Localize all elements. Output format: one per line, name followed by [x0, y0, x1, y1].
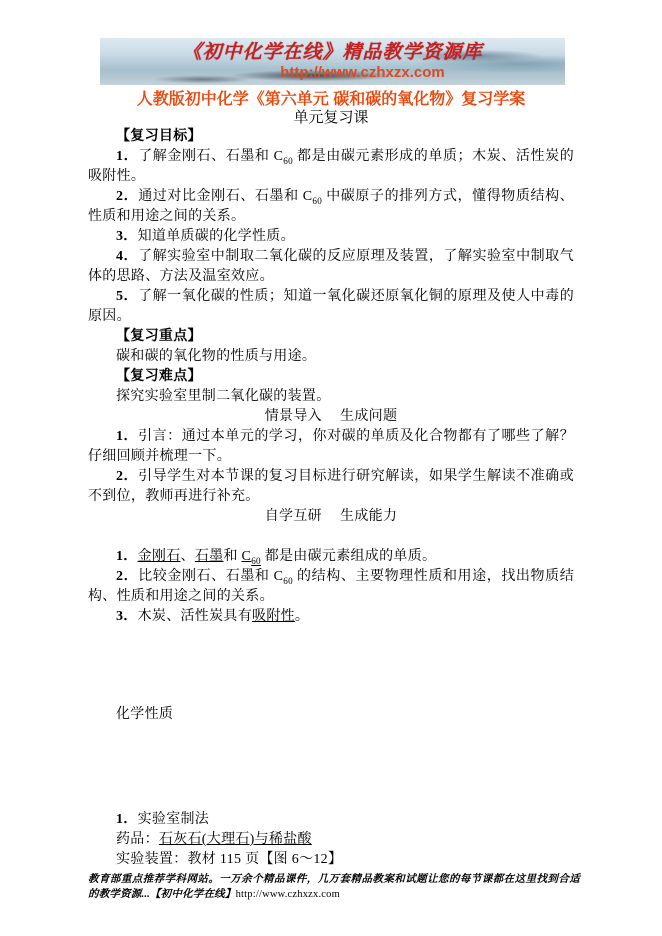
section-heading-intro: 情景导入 生成问题	[88, 407, 574, 427]
text-run: 化学性质	[116, 707, 173, 722]
goal-item-3: 3．知道单质碳的化学性质。	[88, 227, 574, 247]
doc-title: 人教版初中化学《第六单元 碳和碳的氧化物》复习学案	[0, 90, 662, 109]
banner-site-url[interactable]: http://www.czhxzx.com	[160, 64, 565, 82]
text-run: 5．	[116, 289, 138, 304]
text-run: 和	[223, 549, 241, 564]
intro-item-1: 1．引言：通过本单元的学习，你对碳的单质及化合物都有了哪些了解？仔细回顾并梳理一…	[88, 427, 574, 467]
text-run: 实验装置：教材 115 页【图 6～12】	[116, 852, 342, 867]
footer: 教育部重点推荐学科网站。一万余个精品课件，几万套精品教案和试题让您的每节课都在这…	[88, 872, 580, 902]
text-run: 通过对比金刚石、石墨和 C	[138, 189, 312, 204]
text-run: 【复习目标】	[116, 129, 202, 144]
doc-subtitle: 单元复习课	[0, 109, 662, 127]
text-run: 知道单质碳的化学性质。	[138, 229, 295, 244]
text-run: 自学互研 生成能力	[265, 509, 398, 524]
text-run: 药品：	[116, 832, 159, 847]
text-run: 3．	[116, 609, 138, 624]
text-run: 了解金刚石、石墨和 C	[138, 149, 283, 164]
text-run: 60	[312, 196, 322, 206]
goal-item-5: 5．了解一氧化碳的性质；知道一氧化碳还原氧化铜的原理及使人中毒的原因。	[88, 287, 574, 327]
text-run: 4．	[116, 249, 138, 264]
lab-apparatus-line: 实验装置：教材 115 页【图 6～12】	[88, 850, 574, 870]
goal-item-4: 4．了解实验室中制取二氧化碳的反应原理及装置，了解实验室中制取气体的思路、方法及…	[88, 247, 574, 287]
text-run: 石墨	[195, 549, 224, 564]
text-run: 1．	[116, 549, 138, 564]
lab-reagents-line: 药品：石灰石(大理石)与稀盐酸	[88, 830, 574, 850]
text-run: 引言：通过本单元的学习，你对碳的单质及化合物都有了哪些了解？仔细回顾并梳理一下。	[88, 429, 574, 464]
text-run: 吸附性	[252, 609, 295, 624]
image-placeholder-gap	[88, 627, 574, 705]
text-run: 木炭、活性炭具有	[138, 609, 252, 624]
text-run: C	[242, 549, 252, 564]
goal-item-1: 1．了解金刚石、石墨和 C60 都是由碳元素形成的单质；木炭、活性炭的吸附性。	[88, 147, 574, 187]
chemical-properties-label: 化学性质	[88, 705, 574, 725]
text-run: 了解实验室中制取二氧化碳的反应原理及装置，了解实验室中制取气体的思路、方法及温室…	[88, 249, 574, 284]
text-run: 都是由碳元素组成的单质。	[261, 549, 436, 564]
text-run: 2．	[116, 569, 138, 584]
text-run: 了解一氧化碳的性质；知道一氧化碳还原氧化铜的原理及使人中毒的原因。	[88, 289, 574, 324]
review-goals-heading: 【复习目标】	[88, 127, 574, 147]
banner-site-title: 《初中化学在线》精品教学资源库	[100, 43, 565, 63]
text-run: 【复习重点】	[116, 329, 202, 344]
image-placeholder-gap	[88, 725, 574, 810]
text-run: 实验室制法	[138, 812, 210, 827]
document-body: 【复习目标】1．了解金刚石、石墨和 C60 都是由碳元素形成的单质；木炭、活性炭…	[88, 127, 574, 870]
text-run: 60	[251, 556, 261, 566]
blank-line	[88, 527, 574, 547]
selfstudy-item-3: 3．木炭、活性炭具有吸附性。	[88, 607, 574, 627]
section-heading-selfstudy: 自学互研 生成能力	[88, 507, 574, 527]
text-run: 1．	[116, 429, 138, 444]
text-run: 引导学生对本节课的复习目标进行研究解读，如果学生解读不准确或不到位，教师再进行补…	[88, 469, 574, 504]
text-run: 碳和碳的氧化物的性质与用途。	[116, 349, 316, 364]
review-key-text: 碳和碳的氧化物的性质与用途。	[88, 347, 574, 367]
goal-item-2: 2．通过对比金刚石、石墨和 C60 中碳原子的排列方式，懂得物质结构、性质和用途…	[88, 187, 574, 227]
text-run: 探究实验室里制二氧化碳的装置。	[116, 389, 331, 404]
selfstudy-item-2: 2．比较金刚石、石墨和 C60 的结构、主要物理性质和用途，找出物质结构、性质和…	[88, 567, 574, 607]
review-key-heading: 【复习重点】	[88, 327, 574, 347]
text-run: 1．	[116, 149, 138, 164]
text-run: 情景导入 生成问题	[265, 409, 398, 424]
text-run: 60	[283, 156, 293, 166]
site-banner-image[interactable]: 《初中化学在线》精品教学资源库 http://www.czhxzx.com	[100, 38, 565, 85]
text-run: 、	[181, 549, 195, 564]
text-run: 。	[295, 609, 309, 624]
selfstudy-item-1: 1．金刚石、石墨和 C60 都是由碳元素组成的单质。	[88, 547, 574, 567]
text-run: 60	[283, 576, 293, 586]
lab-method-heading: 1．实验室制法	[88, 810, 574, 830]
text-run: 比较金刚石、石墨和 C	[138, 569, 283, 584]
text-run: 金刚石	[138, 549, 181, 564]
footer-site-url[interactable]: http://www.czhxzx.com	[236, 889, 340, 900]
text-run: 2．	[116, 189, 138, 204]
document-page: 《初中化学在线》精品教学资源库 http://www.czhxzx.com 人教…	[0, 0, 662, 902]
text-run: 1．	[116, 812, 138, 827]
review-difficult-text: 探究实验室里制二氧化碳的装置。	[88, 387, 574, 407]
intro-item-2: 2．引导学生对本节课的复习目标进行研究解读，如果学生解读不准确或不到位，教师再进…	[88, 467, 574, 507]
review-difficult-heading: 【复习难点】	[88, 367, 574, 387]
text-run: 石灰石(大理石)与稀盐酸	[159, 832, 312, 847]
text-run: 【复习难点】	[116, 369, 202, 384]
text-run: 2．	[116, 469, 138, 484]
text-run: 3．	[116, 229, 138, 244]
